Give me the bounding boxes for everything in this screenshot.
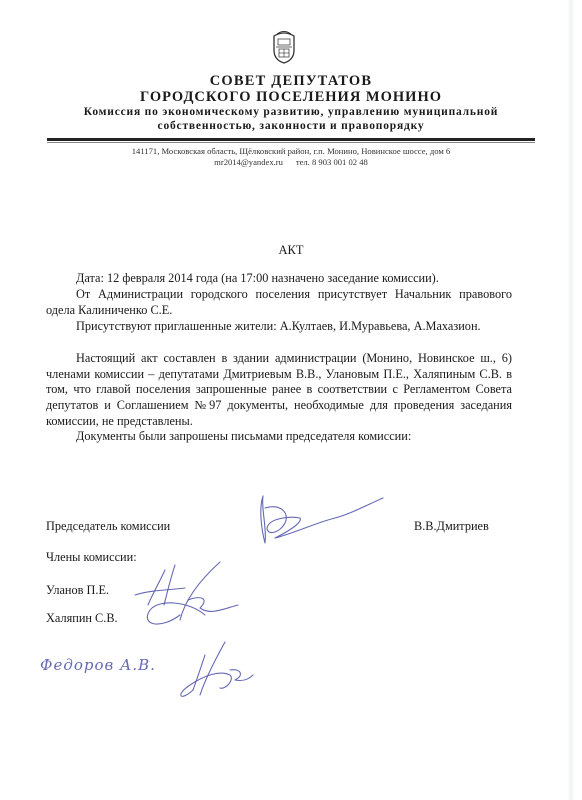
chair-name: В.В.Дмитриев [414, 519, 489, 534]
address: 141171, Московская область, Щёлковский р… [0, 146, 582, 156]
member-name: Уланов П.Е. [46, 583, 109, 598]
member-signature [175, 640, 255, 705]
chair-signature [255, 488, 385, 548]
coat-of-arms-icon [271, 30, 297, 64]
contacts: mr2014@yandex.ru тел. 8 903 001 02 48 [0, 157, 582, 167]
handwritten-member-name: Федоров А.В. [40, 656, 156, 674]
paragraph-requests: Документы были запрошены письмами предсе… [46, 429, 512, 445]
paragraph-statement: Настоящий акт составлен в здании админис… [46, 351, 512, 430]
paragraph-administration: От Администрации городского поселения пр… [46, 287, 512, 318]
member-name: Халяпин С.В. [46, 611, 118, 626]
header-divider-thin [47, 142, 535, 143]
document-title: АКТ [0, 243, 582, 258]
header-divider [47, 138, 535, 141]
chair-label: Председатель комиссии [46, 519, 170, 534]
member-signature [130, 560, 240, 635]
commission-name-line1: Комиссия по экономическому развитию, упр… [0, 106, 582, 118]
paragraph-date: Дата: 12 февраля 2014 года (на 17:00 наз… [46, 271, 512, 287]
members-label: Члены комиссии: [46, 550, 137, 565]
settlement-title: ГОРОДСКОГО ПОСЕЛЕНИЯ МОНИНО [0, 89, 582, 106]
commission-name-line2: собственностью, законности и правопорядк… [0, 120, 582, 132]
council-title: СОВЕТ ДЕПУТАТОВ [0, 73, 582, 90]
paragraph-residents: Присутствуют приглашенные жители: А.Култ… [46, 319, 512, 335]
